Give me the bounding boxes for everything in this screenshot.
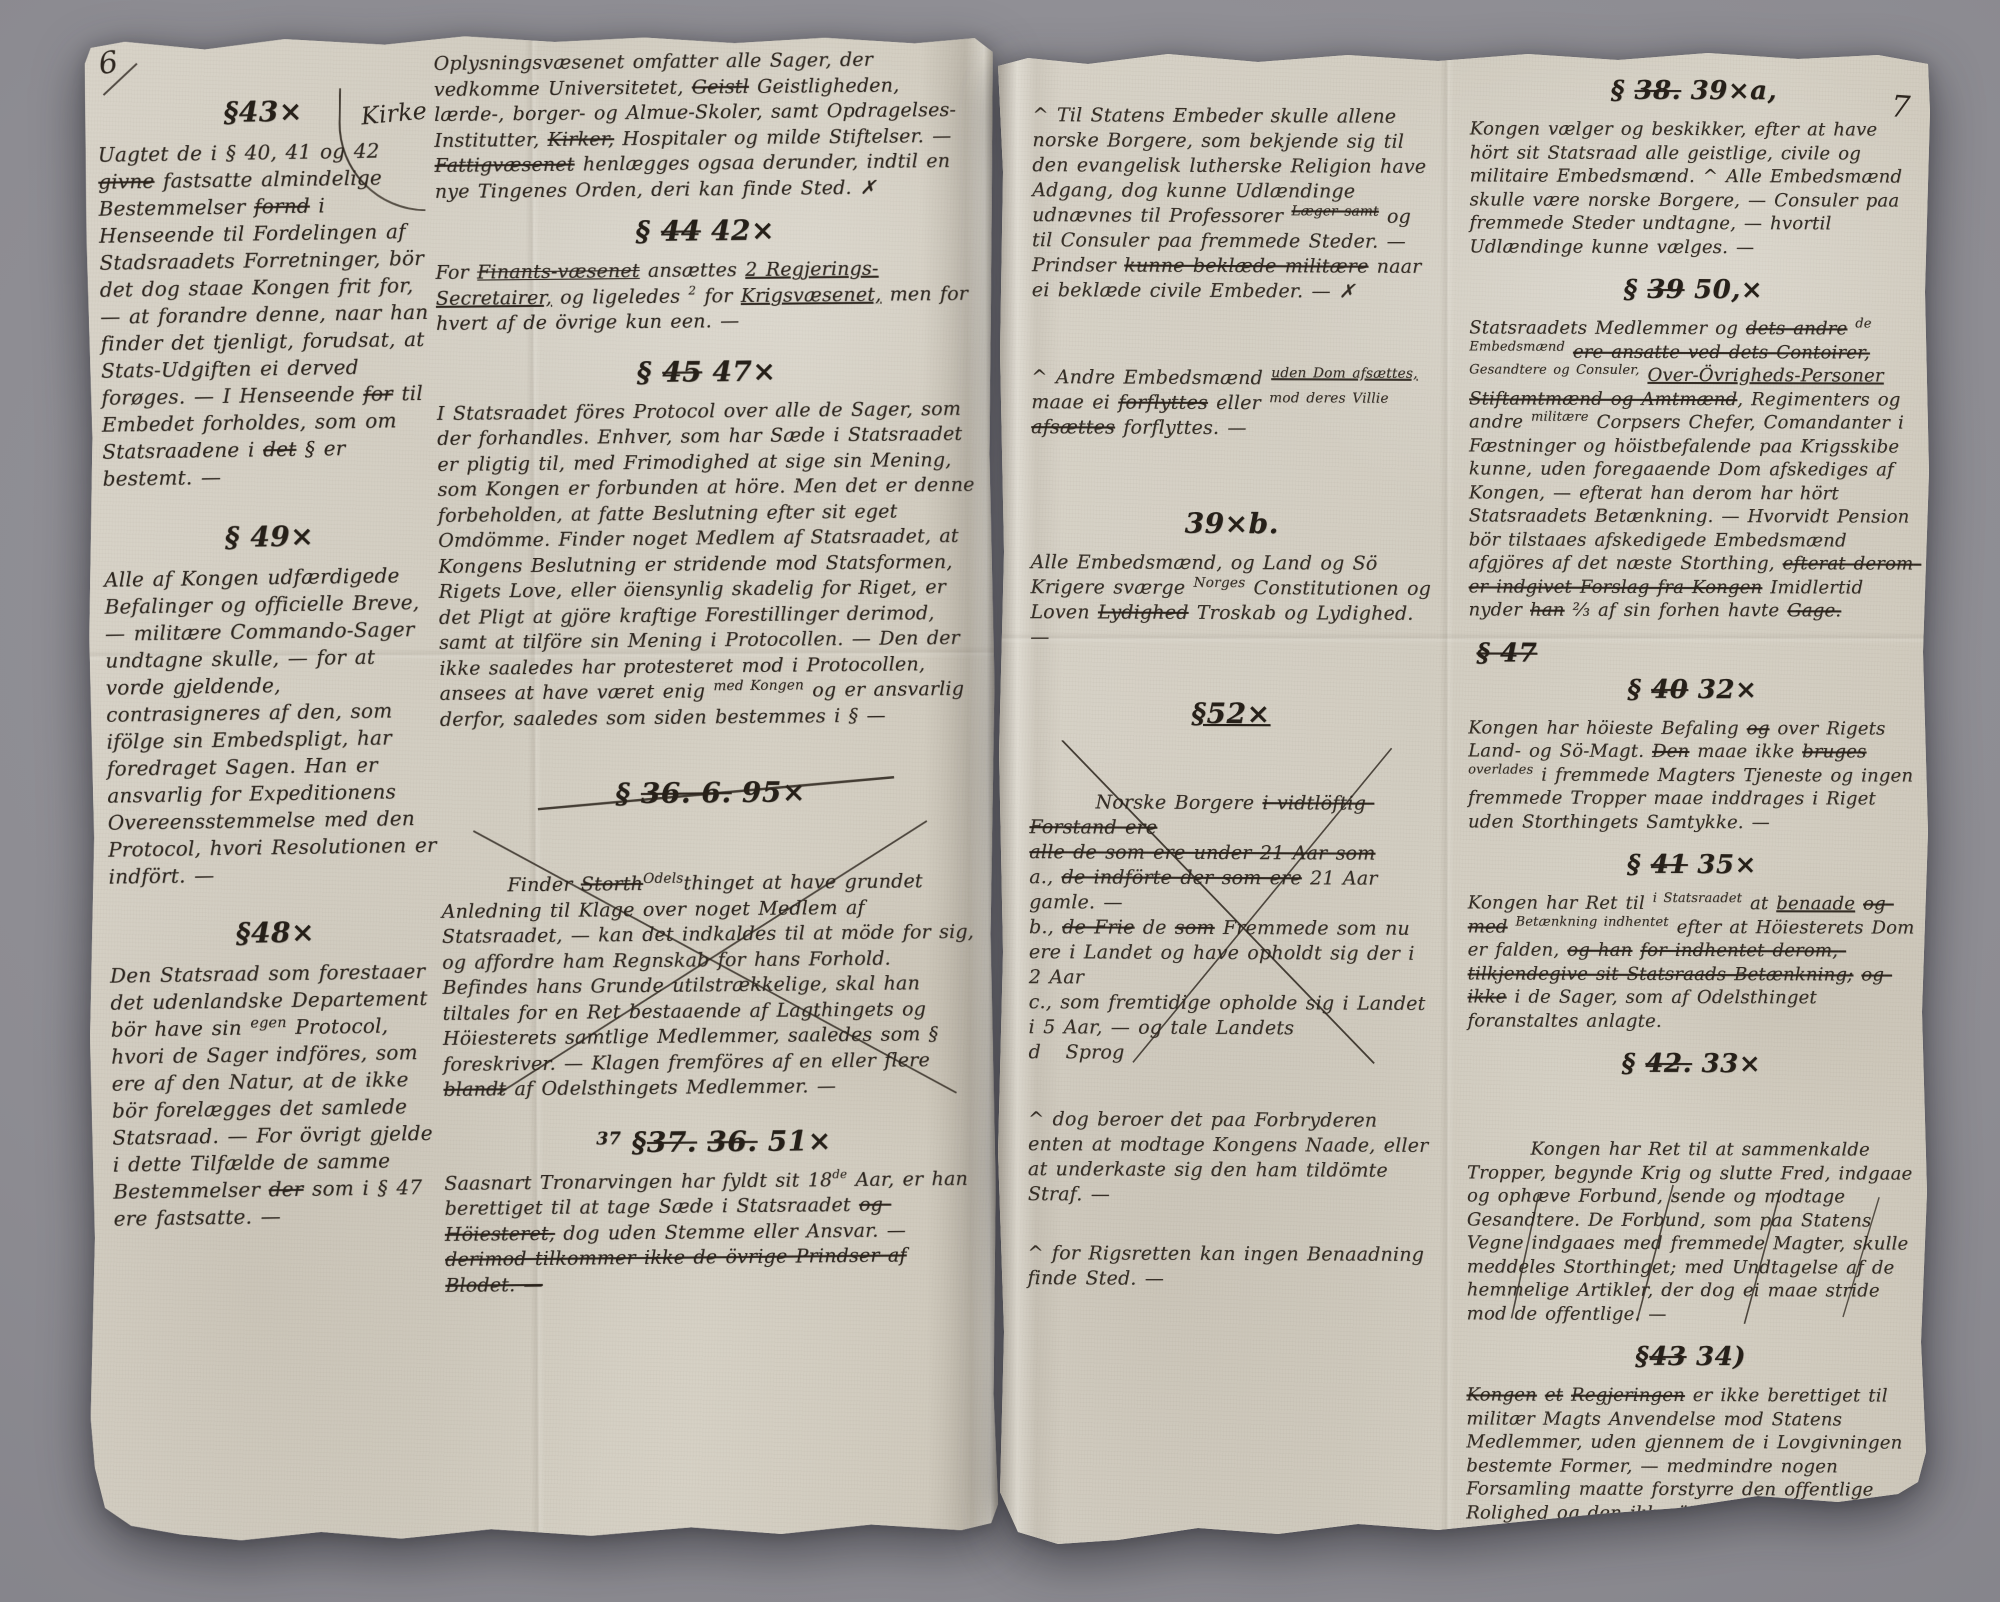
- heading-39b: 39×b.: [1031, 506, 1433, 542]
- para-42: For Finants-væsenet ansættes 2 Regjering…: [435, 256, 976, 338]
- para-benaadning: ^ dog beroer det paa Forbryderen enten a…: [1028, 1107, 1430, 1209]
- heading-34: §43 34): [1467, 1339, 1915, 1374]
- para-34: Kongen et Regjeringen er ikke berettiget…: [1466, 1383, 1914, 1549]
- photograph-backdrop: 6 Kirke §43× Uagtet de i § 40, 41 og 42 …: [0, 0, 2000, 1602]
- para-50: Statsraadets Medlemmer og dets andre de …: [1469, 316, 1918, 623]
- para-52-crossed: Norske Borgere i vidtlöftig Forstand ere…: [1028, 740, 1431, 1067]
- para-39a: Kongen vælger og beskikker, efter at hav…: [1469, 117, 1917, 259]
- para-statens-embeder: ^ Til Statens Embeder skulle allene nors…: [1032, 103, 1435, 305]
- paper-left-page: 6 Kirke §43× Uagtet de i § 40, 41 og 42 …: [85, 34, 1000, 1562]
- heading-39a: § 38. 39×a,: [1470, 73, 1918, 108]
- heading-48: §48×: [109, 914, 441, 953]
- para-51: Saasnart Tronarvingen har fyldt sit 18de…: [444, 1166, 985, 1299]
- heading-52: §52×: [1030, 696, 1432, 732]
- fold-crease: [1440, 52, 1454, 1544]
- para-47: I Statsraadet föres Protocol over alle d…: [437, 396, 980, 733]
- heading-43: §43×: [97, 93, 429, 132]
- para-43: Uagtet de i § 40, 41 og 42 givne fastsat…: [98, 137, 435, 493]
- para-39b: Alle Embedsmænd, og Land og Sö Krigere s…: [1030, 550, 1432, 652]
- para-95-crossed: Finder StorthOdelsthinget at have grunde…: [441, 818, 984, 1104]
- para-oplysningsvaesenet: Oplysningsvæsenet omfatter alle Sager, d…: [433, 47, 974, 205]
- heading-35: § 41 35×: [1468, 847, 1916, 882]
- heading-32: § 40 32×: [1468, 672, 1916, 707]
- heading-51: 37 §37. 36. 51×: [444, 1122, 984, 1161]
- column-2: Oplysningsvæsenet omfatter alle Sager, d…: [433, 47, 985, 1304]
- heading-47-struck: § 47: [1476, 636, 1916, 671]
- para-48: Den Statsraad som forestaaer det udenlan…: [110, 958, 446, 1233]
- manuscript-left-leaf: 6 Kirke §43× Uagtet de i § 40, 41 og 42 …: [85, 34, 1000, 1562]
- heading-33: § 42. 33×: [1467, 1046, 1915, 1081]
- para-rigsretten: ^ for Rigsretten kan ingen Benaadning fi…: [1027, 1241, 1429, 1293]
- heading-50: § 39 50,×: [1469, 272, 1917, 307]
- heading-49: § 49×: [103, 518, 435, 557]
- para-32: Kongen har höieste Befaling og over Rige…: [1468, 716, 1916, 835]
- column-4: § 38. 39×a, Kongen vælger og beskikker, …: [1466, 73, 1918, 1554]
- para-andre-embedsmaend: ^ Andre Embedsmænd uden Dom afsættes, ma…: [1031, 365, 1433, 442]
- page-number-left: 6: [96, 45, 120, 82]
- heading-95-crossed: § 36. 6. 95×: [440, 774, 980, 813]
- heading-42: § 44 42×: [435, 212, 975, 251]
- manuscript-right-leaf: 7 ^ Til Statens Embeder skulle allene no…: [998, 52, 1930, 1544]
- heading-47: § 45 47×: [436, 352, 976, 391]
- paper-right-page: 7 ^ Til Statens Embeder skulle allene no…: [998, 52, 1930, 1544]
- para-49: Alle af Kongen udfærdigede Befalinger og…: [104, 562, 441, 891]
- para-33: Kongen har Ret til at sammenkalde Troppe…: [1467, 1090, 1916, 1326]
- column-3: ^ Til Statens Embeder skulle allene nors…: [1027, 103, 1434, 1298]
- column-1: §43× Uagtet de i § 40, 41 og 42 givne fa…: [97, 93, 446, 1238]
- para-35: Kongen har Ret til i Statsraadet at bena…: [1467, 891, 1915, 1033]
